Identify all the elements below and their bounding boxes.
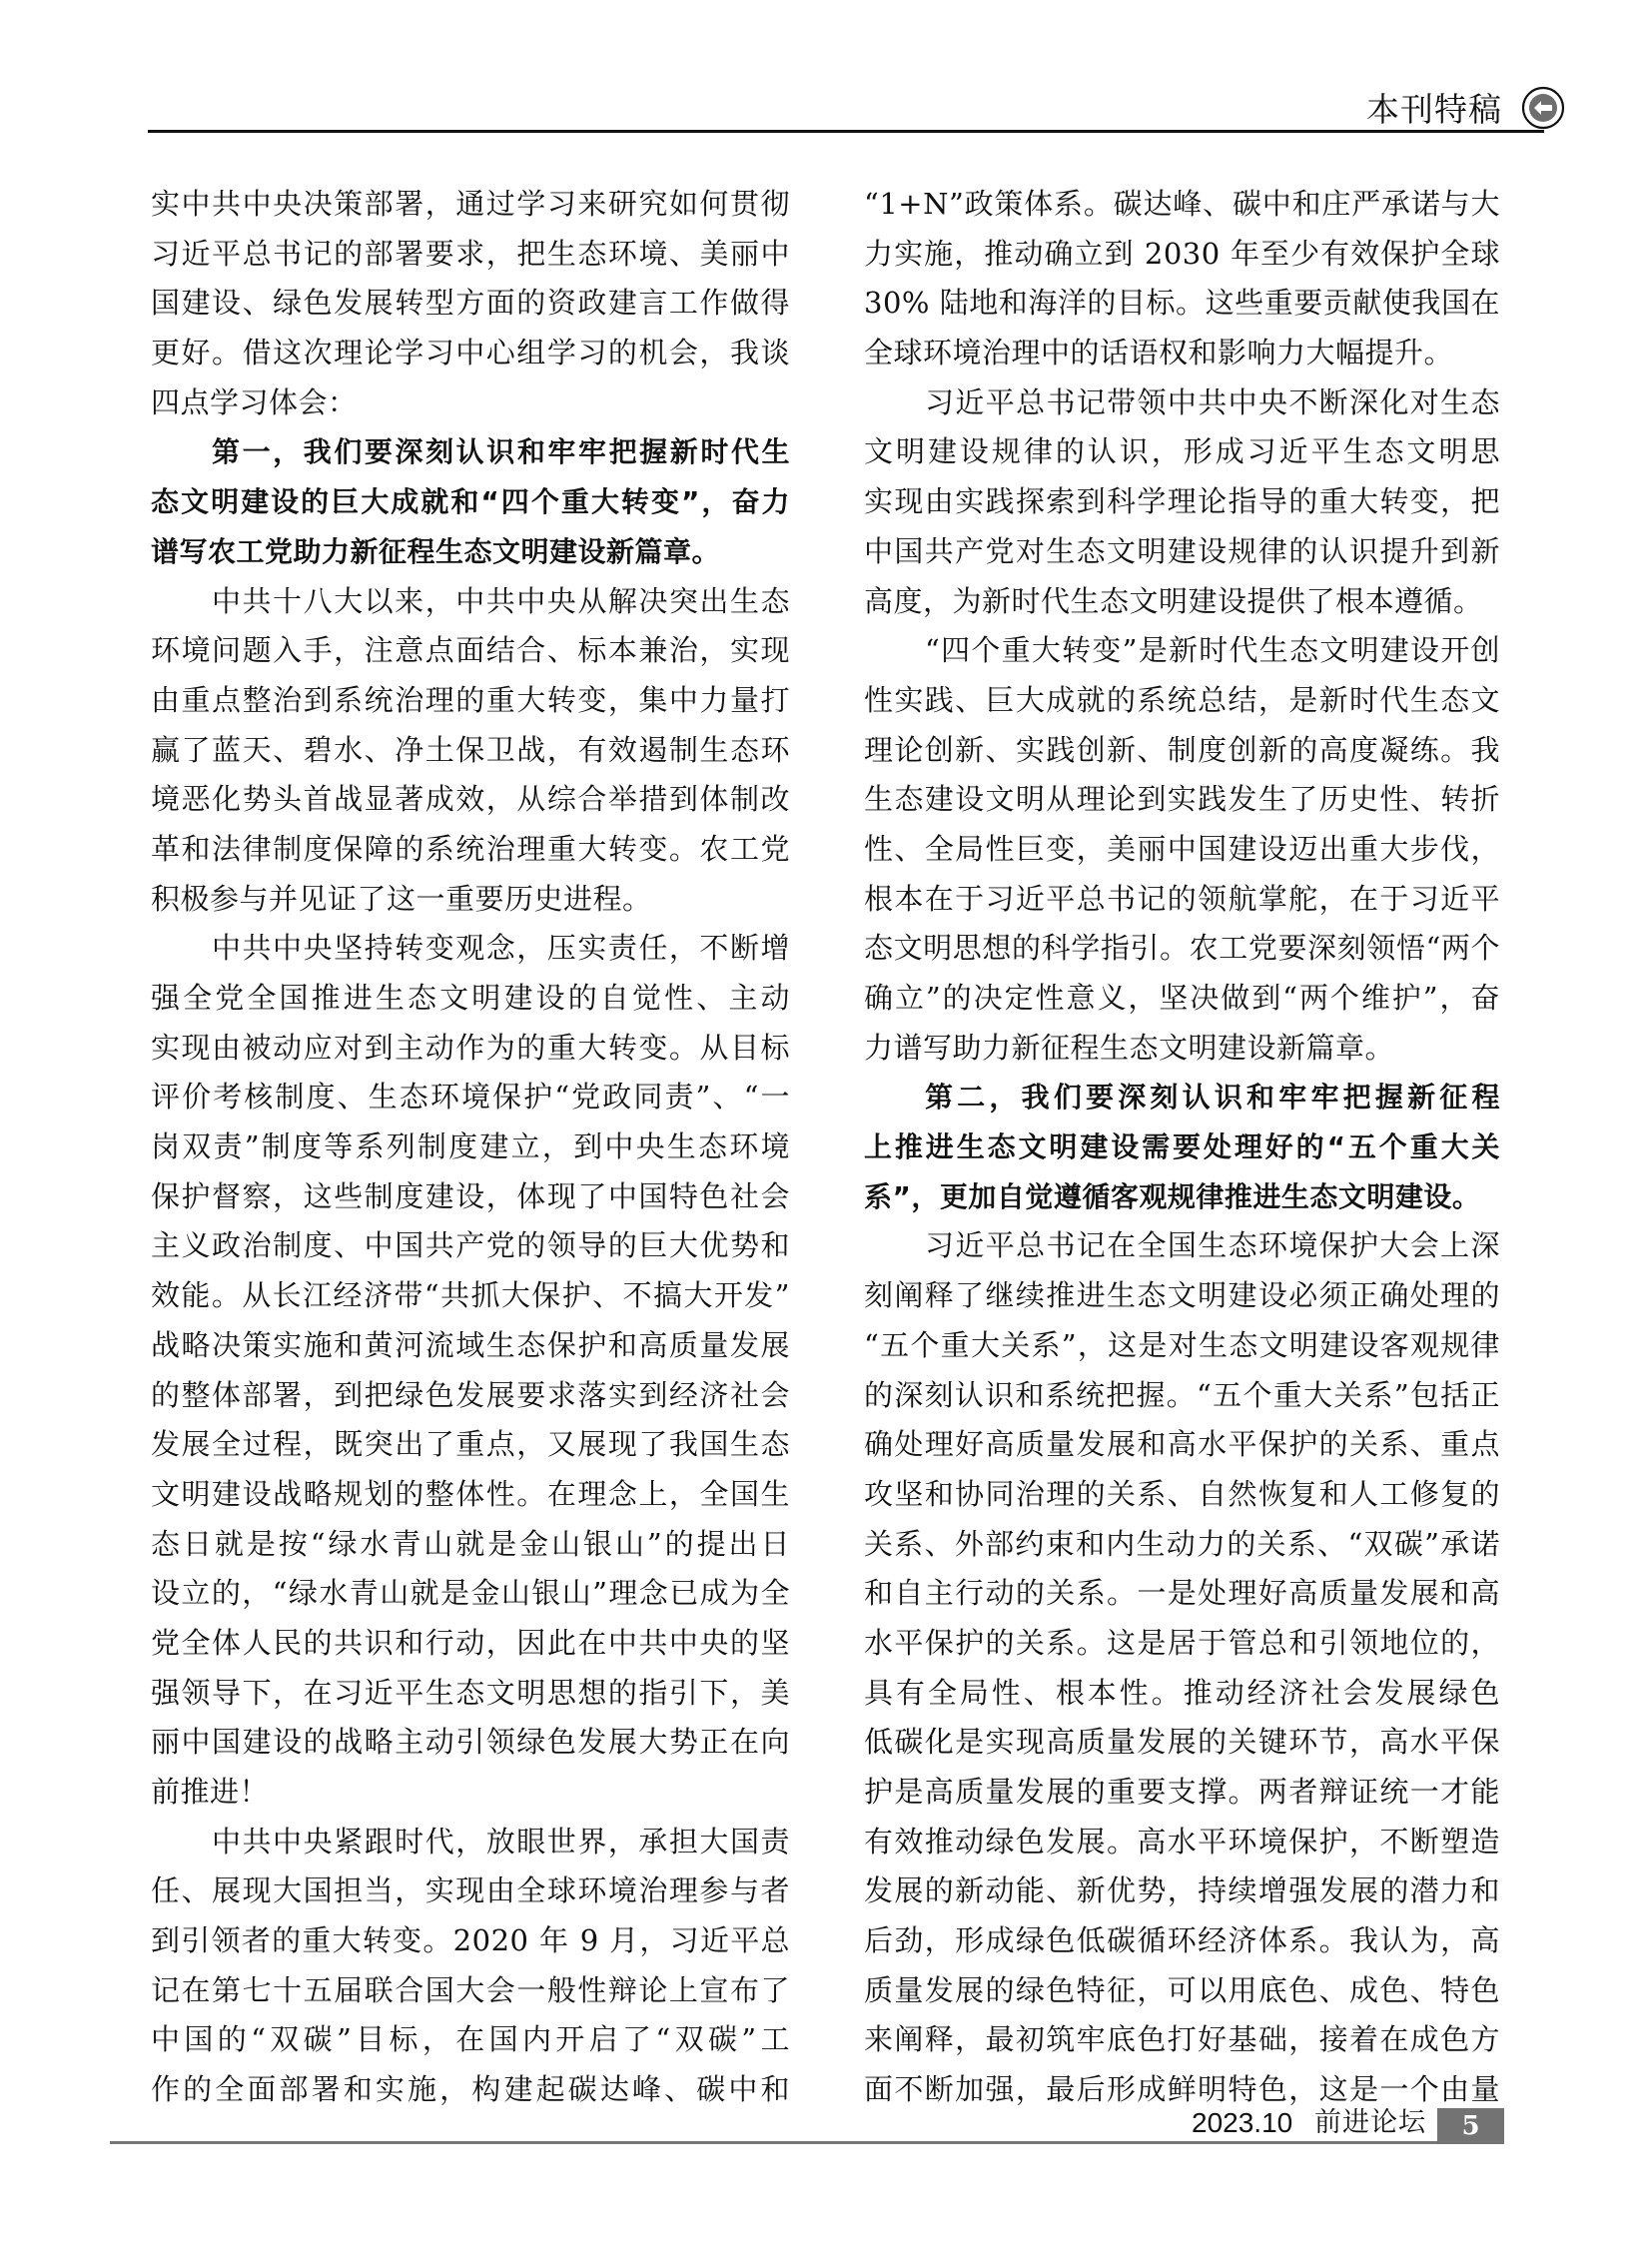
section-heading-line: 系”，更加自觉遵循客观规律推进生态文明建设。 (864, 1172, 1500, 1222)
body-text-line: 主义政治制度、中国共产党的领导的巨大优势和 (151, 1221, 790, 1271)
body-text-line: 的深刻认识和系统把握。“五个重大关系”包括正 (864, 1371, 1500, 1421)
body-text-line: 有效推动绿色发展。高水平环境保护，不断塑造 (864, 1818, 1500, 1868)
body-text-line: 效能。从长江经济带“共抓大保护、不搞大开发” (151, 1271, 790, 1321)
body-text-line: 中共十八大以来，中共中央从解决突出生态 (151, 577, 790, 627)
body-text-line: 高度，为新时代生态文明建设提供了根本遵循。 (864, 577, 1500, 627)
body-text-line: 习近平总书记带领中共中央不断深化对生态 (864, 378, 1500, 428)
body-text-line: 评价考核制度、生态环境保护“党政同责”、“一 (151, 1073, 790, 1122)
body-text-line: 的整体部署，到把绿色发展要求落实到经济社会 (151, 1371, 790, 1421)
body-text-line: 中共中央坚持转变观念，压实责任，不断增 (151, 924, 790, 974)
body-text-line: 战略决策实施和黄河流域生态保护和高质量发展 (151, 1321, 790, 1371)
section-heading-line: 谱写农工党助力新征程生态文明建设新篇章。 (151, 527, 790, 577)
journal-name: 前进论坛 (1314, 2105, 1426, 2141)
body-text-line: 中共中央紧跟时代，放眼世界，承担大国责 (151, 1818, 790, 1868)
body-text-line: 作的全面部署和实施，构建起碳达峰、碳中和 (151, 2065, 790, 2115)
body-text-line: 生态建设文明从理论到实践发生了历史性、转折 (864, 775, 1500, 825)
body-text-line: 关系、外部约束和内生动力的关系、“双碳”承诺 (864, 1520, 1500, 1570)
body-text-line: 中国的“双碳”目标，在国内开启了“双碳”工 (151, 2015, 790, 2065)
body-text-line: 力谱写助力新征程生态文明建设新篇章。 (864, 1024, 1500, 1074)
article-column-left: 实中共中央决策部署，通过学习来研究如何贯彻习近平总书记的部署要求，把生态环境、美… (151, 180, 790, 2115)
body-text-line: 到引领者的重大转变。2020 年 9 月，习近平总书 (151, 1916, 790, 1966)
body-text-line: 质量发展的绿色特征，可以用底色、成色、特色 (864, 1966, 1500, 2016)
body-text-line: 性、全局性巨变，美丽中国建设迈出重大步伐，最 (864, 825, 1500, 875)
body-text-line: 境恶化势头首战显著成效，从综合举措到体制改 (151, 775, 790, 825)
issue-date: 2023.10 (1192, 2105, 1292, 2141)
body-text-line: 全球环境治理中的话语权和影响力大幅提升。 (864, 329, 1500, 378)
body-text-line: 发展全过程，既突出了重点，又展现了我国生态 (151, 1420, 790, 1470)
body-text-line: 攻坚和协同治理的关系、自然恢复和人工修复的 (864, 1470, 1500, 1520)
body-text-line: 革和法律制度保障的系统治理重大转变。农工党 (151, 825, 790, 875)
body-text-line: 习近平总书记在全国生态环境保护大会上深 (864, 1221, 1500, 1271)
body-text-line: 设立的，“绿水青山就是金山银山”理念已成为全 (151, 1569, 790, 1619)
body-text-line: 具有全局性、根本性。推动经济社会发展绿色化、 (864, 1669, 1500, 1719)
body-text-line: 实中共中央决策部署，通过学习来研究如何贯彻 (151, 180, 790, 230)
section-heading-line: 第二，我们要深刻认识和牢牢把握新征程 (864, 1073, 1500, 1122)
body-text-line: 发展的新动能、新优势，持续增强发展的潜力和 (864, 1867, 1500, 1916)
body-text-line: 水平保护的关系。这是居于管总和引领地位的， (864, 1619, 1500, 1669)
body-text-line: 更好。借这次理论学习中心组学习的机会，我谈 (151, 329, 790, 378)
body-text-line: 文明建设战略规划的整体性。在理念上，全国生 (151, 1470, 790, 1520)
body-text-line: 30% 陆地和海洋的目标。这些重要贡献使我国在 (864, 279, 1500, 329)
section-heading-line: 上推进生态文明建设需要处理好的“五个重大关 (864, 1122, 1500, 1172)
body-text-line: “四个重大转变”是新时代生态文明建设开创 (864, 626, 1500, 676)
body-text-line: 保护督察，这些制度建设，体现了中国特色社会 (151, 1172, 790, 1222)
body-text-line: 和自主行动的关系。一是处理好高质量发展和高 (864, 1569, 1500, 1619)
body-text-line: 赢了蓝天、碧水、净土保卫战，有效遏制生态环 (151, 726, 790, 776)
body-text-line: 后劲，形成绿色低碳循环经济体系。我认为，高 (864, 1916, 1500, 1966)
footer-rule (110, 2141, 1438, 2144)
body-text-line: 根本在于习近平总书记的领航掌舵，在于习近平生 (864, 875, 1500, 925)
body-text-line: 确处理好高质量发展和高水平保护的关系、重点 (864, 1420, 1500, 1470)
body-text-line: 强领导下，在习近平生态文明思想的指引下，美 (151, 1669, 790, 1719)
body-text-line: 党全体人民的共识和行动，因此在中共中央的坚 (151, 1619, 790, 1669)
body-text-line: 任、展现大国担当，实现由全球环境治理参与者 (151, 1867, 790, 1916)
body-text-line: “1+N”政策体系。碳达峰、碳中和庄严承诺与大 (864, 180, 1500, 230)
body-text-line: 来阐释，最初筑牢底色打好基础，接着在成色方 (864, 2015, 1500, 2065)
section-heading-line: 第一，我们要深刻认识和牢牢把握新时代生 (151, 427, 790, 477)
page-number: 5 (1437, 2108, 1504, 2144)
body-text-line: 态日就是按“绿水青山就是金山银山”的提出日 (151, 1520, 790, 1570)
body-text-line: 记在第七十五届联合国大会一般性辩论上宣布了 (151, 1966, 790, 2016)
body-text-line: 丽中国建设的战略主动引领绿色发展大势正在向 (151, 1718, 790, 1768)
body-text-line: 岗双责”制度等系列制度建立，到中央生态环境 (151, 1122, 790, 1172)
body-text-line: 强全党全国推进生态文明建设的自觉性、主动性， (151, 974, 790, 1024)
header-rule (148, 130, 1544, 133)
body-text-line: 国建设、绿色发展转型方面的资政建言工作做得 (151, 279, 790, 329)
body-text-line: 中国共产党对生态文明建设规律的认识提升到新 (864, 527, 1500, 577)
body-text-line: 环境问题入手，注意点面结合、标本兼治，实现 (151, 626, 790, 676)
body-text-line: 力实施，推动确立到 2030 年至少有效保护全球 (864, 230, 1500, 280)
article-column-right: “1+N”政策体系。碳达峰、碳中和庄严承诺与大力实施，推动确立到 2030 年至… (864, 180, 1500, 2115)
body-text-line: 由重点整治到系统治理的重大转变，集中力量打 (151, 676, 790, 726)
body-text-line: 理论创新、实践创新、制度创新的高度凝练。我国 (864, 726, 1500, 776)
body-text-line: 积极参与并见证了这一重要历史进程。 (151, 875, 790, 925)
body-text-line: 前推进！ (151, 1768, 790, 1818)
circle-arrow-left-icon (1521, 86, 1565, 130)
body-text-line: 性实践、巨大成就的系统总结，是新时代生态文明 (864, 676, 1500, 726)
body-text-line: 确立”的决定性意义，坚决做到“两个维护”，奋 (864, 974, 1500, 1024)
body-text-line: 习近平总书记的部署要求，把生态环境、美丽中 (151, 230, 790, 280)
body-text-line: 护是高质量发展的重要支撑。两者辩证统一才能 (864, 1768, 1500, 1818)
section-heading-line: 态文明建设的巨大成就和“四个重大转变”，奋力 (151, 477, 790, 527)
body-text-line: 文明建设规律的认识，形成习近平生态文明思想， (864, 427, 1500, 477)
body-text-line: 低碳化是实现高质量发展的关键环节，高水平保 (864, 1718, 1500, 1768)
body-text-line: 态文明思想的科学指引。农工党要深刻领悟“两个 (864, 924, 1500, 974)
body-text-line: 刻阐释了继续推进生态文明建设必须正确处理的 (864, 1271, 1500, 1321)
body-text-line: “五个重大关系”，这是对生态文明建设客观规律 (864, 1321, 1500, 1371)
body-text-line: 实现由被动应对到主动作为的重大转变。从目标 (151, 1024, 790, 1074)
body-text-line: 四点学习体会： (151, 378, 790, 428)
section-title: 本刊特稿 (1366, 90, 1502, 130)
body-text-line: 实现由实践探索到科学理论指导的重大转变，把 (864, 477, 1500, 527)
